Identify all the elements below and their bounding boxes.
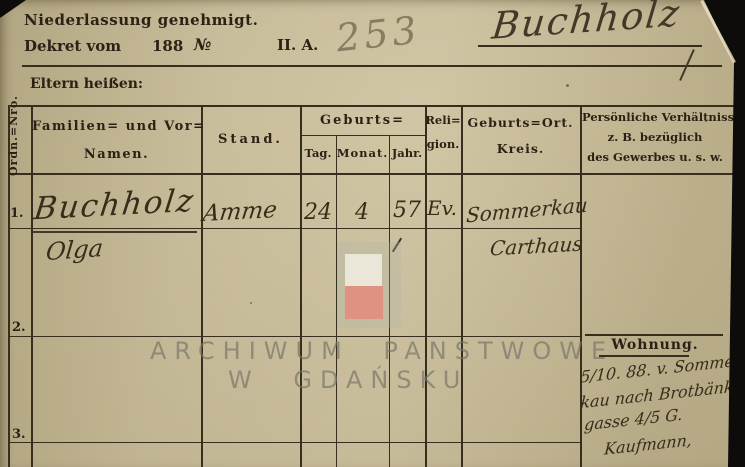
row1-birth-month: 4 [338, 200, 386, 225]
dekret-year: 188 [152, 37, 183, 55]
row1-birth-kreis: Carthaus [489, 232, 584, 261]
col-header-geburtsort-line1: Geburts=Ort. [461, 115, 580, 130]
watermark-flag-white [345, 254, 382, 286]
row1-birth-day: 24 [300, 200, 336, 225]
row3-number: 3. [12, 427, 26, 442]
col-header-tag: Tag. [300, 146, 336, 160]
surname-header-handwritten: Buchholz [490, 0, 683, 48]
watermark-flag-red [345, 286, 383, 319]
row2-number: 2. [12, 320, 26, 335]
col-header-name-line1: Familien= und Vor= [32, 119, 201, 134]
col-header-stand: Stand. [201, 132, 300, 147]
header-rule [22, 65, 722, 67]
geburts-group-underline [300, 135, 425, 136]
watermark-text-line2: W GDAŃSKU [228, 366, 468, 394]
col-header-persoenlich-line2: z. B. bezüglich [582, 130, 728, 144]
row1-surname: Buchholz [32, 183, 197, 228]
table-header-bottom-border [8, 173, 734, 175]
row3-baseline [8, 442, 580, 443]
watermark-text-line1: ARCHIWUM PANSTWOWE [150, 337, 614, 365]
row1-firstname: Olga [45, 234, 105, 266]
paper-speck [250, 302, 252, 304]
grid-vline-religion [461, 105, 463, 467]
scanned-register-page: Niederlassung genehmigt. Dekret vom 188 … [0, 0, 745, 467]
row1-birth-year: 57 [389, 198, 425, 223]
col-header-persoenlich-line3: des Gewerbes u. s. w. [582, 150, 728, 164]
col-header-religion-line1: Reli= [425, 113, 461, 127]
col-header-ordnr: Ordn.=Nro. [7, 108, 29, 176]
row1-birthplace: Sommerkau [466, 193, 589, 228]
row1-surname-underline [33, 231, 197, 233]
numero-sign: № [194, 35, 211, 54]
grid-vline-jahr [425, 105, 427, 467]
col-header-jahr: Jahr. [389, 146, 425, 160]
paper-speck [566, 84, 569, 87]
col-header-monat: Monat. [336, 146, 389, 160]
row1-stand: Amme [201, 197, 278, 227]
col-header-geburts-group: Geburts= [300, 113, 425, 128]
row1-number: 1. [10, 206, 24, 221]
col-header-name-line2: Namen. [32, 147, 201, 162]
col-header-persoenlich-line1: Persönliche Verhältnisse, [582, 110, 728, 124]
file-number-pencil: 253 [334, 8, 423, 61]
row1-baseline [8, 228, 580, 229]
dekret-label: Dekret vom [24, 37, 121, 55]
grid-vline-name [201, 105, 203, 467]
stamp-niederlassung: Niederlassung genehmigt. [24, 11, 258, 29]
row1-religion: Ev. [423, 196, 461, 220]
wohnung-top-border [585, 334, 723, 336]
wohnung-entry-line4: Kaufmann, [604, 430, 693, 458]
col-header-religion-line2: gion. [425, 137, 461, 151]
col-header-geburtsort-line2: Kreis. [461, 141, 580, 156]
section-label: II. A. [277, 36, 318, 54]
scan-edge-top-left [0, 0, 26, 18]
table-top-border [8, 105, 734, 107]
eltern-label: Eltern heißen: [30, 76, 143, 92]
